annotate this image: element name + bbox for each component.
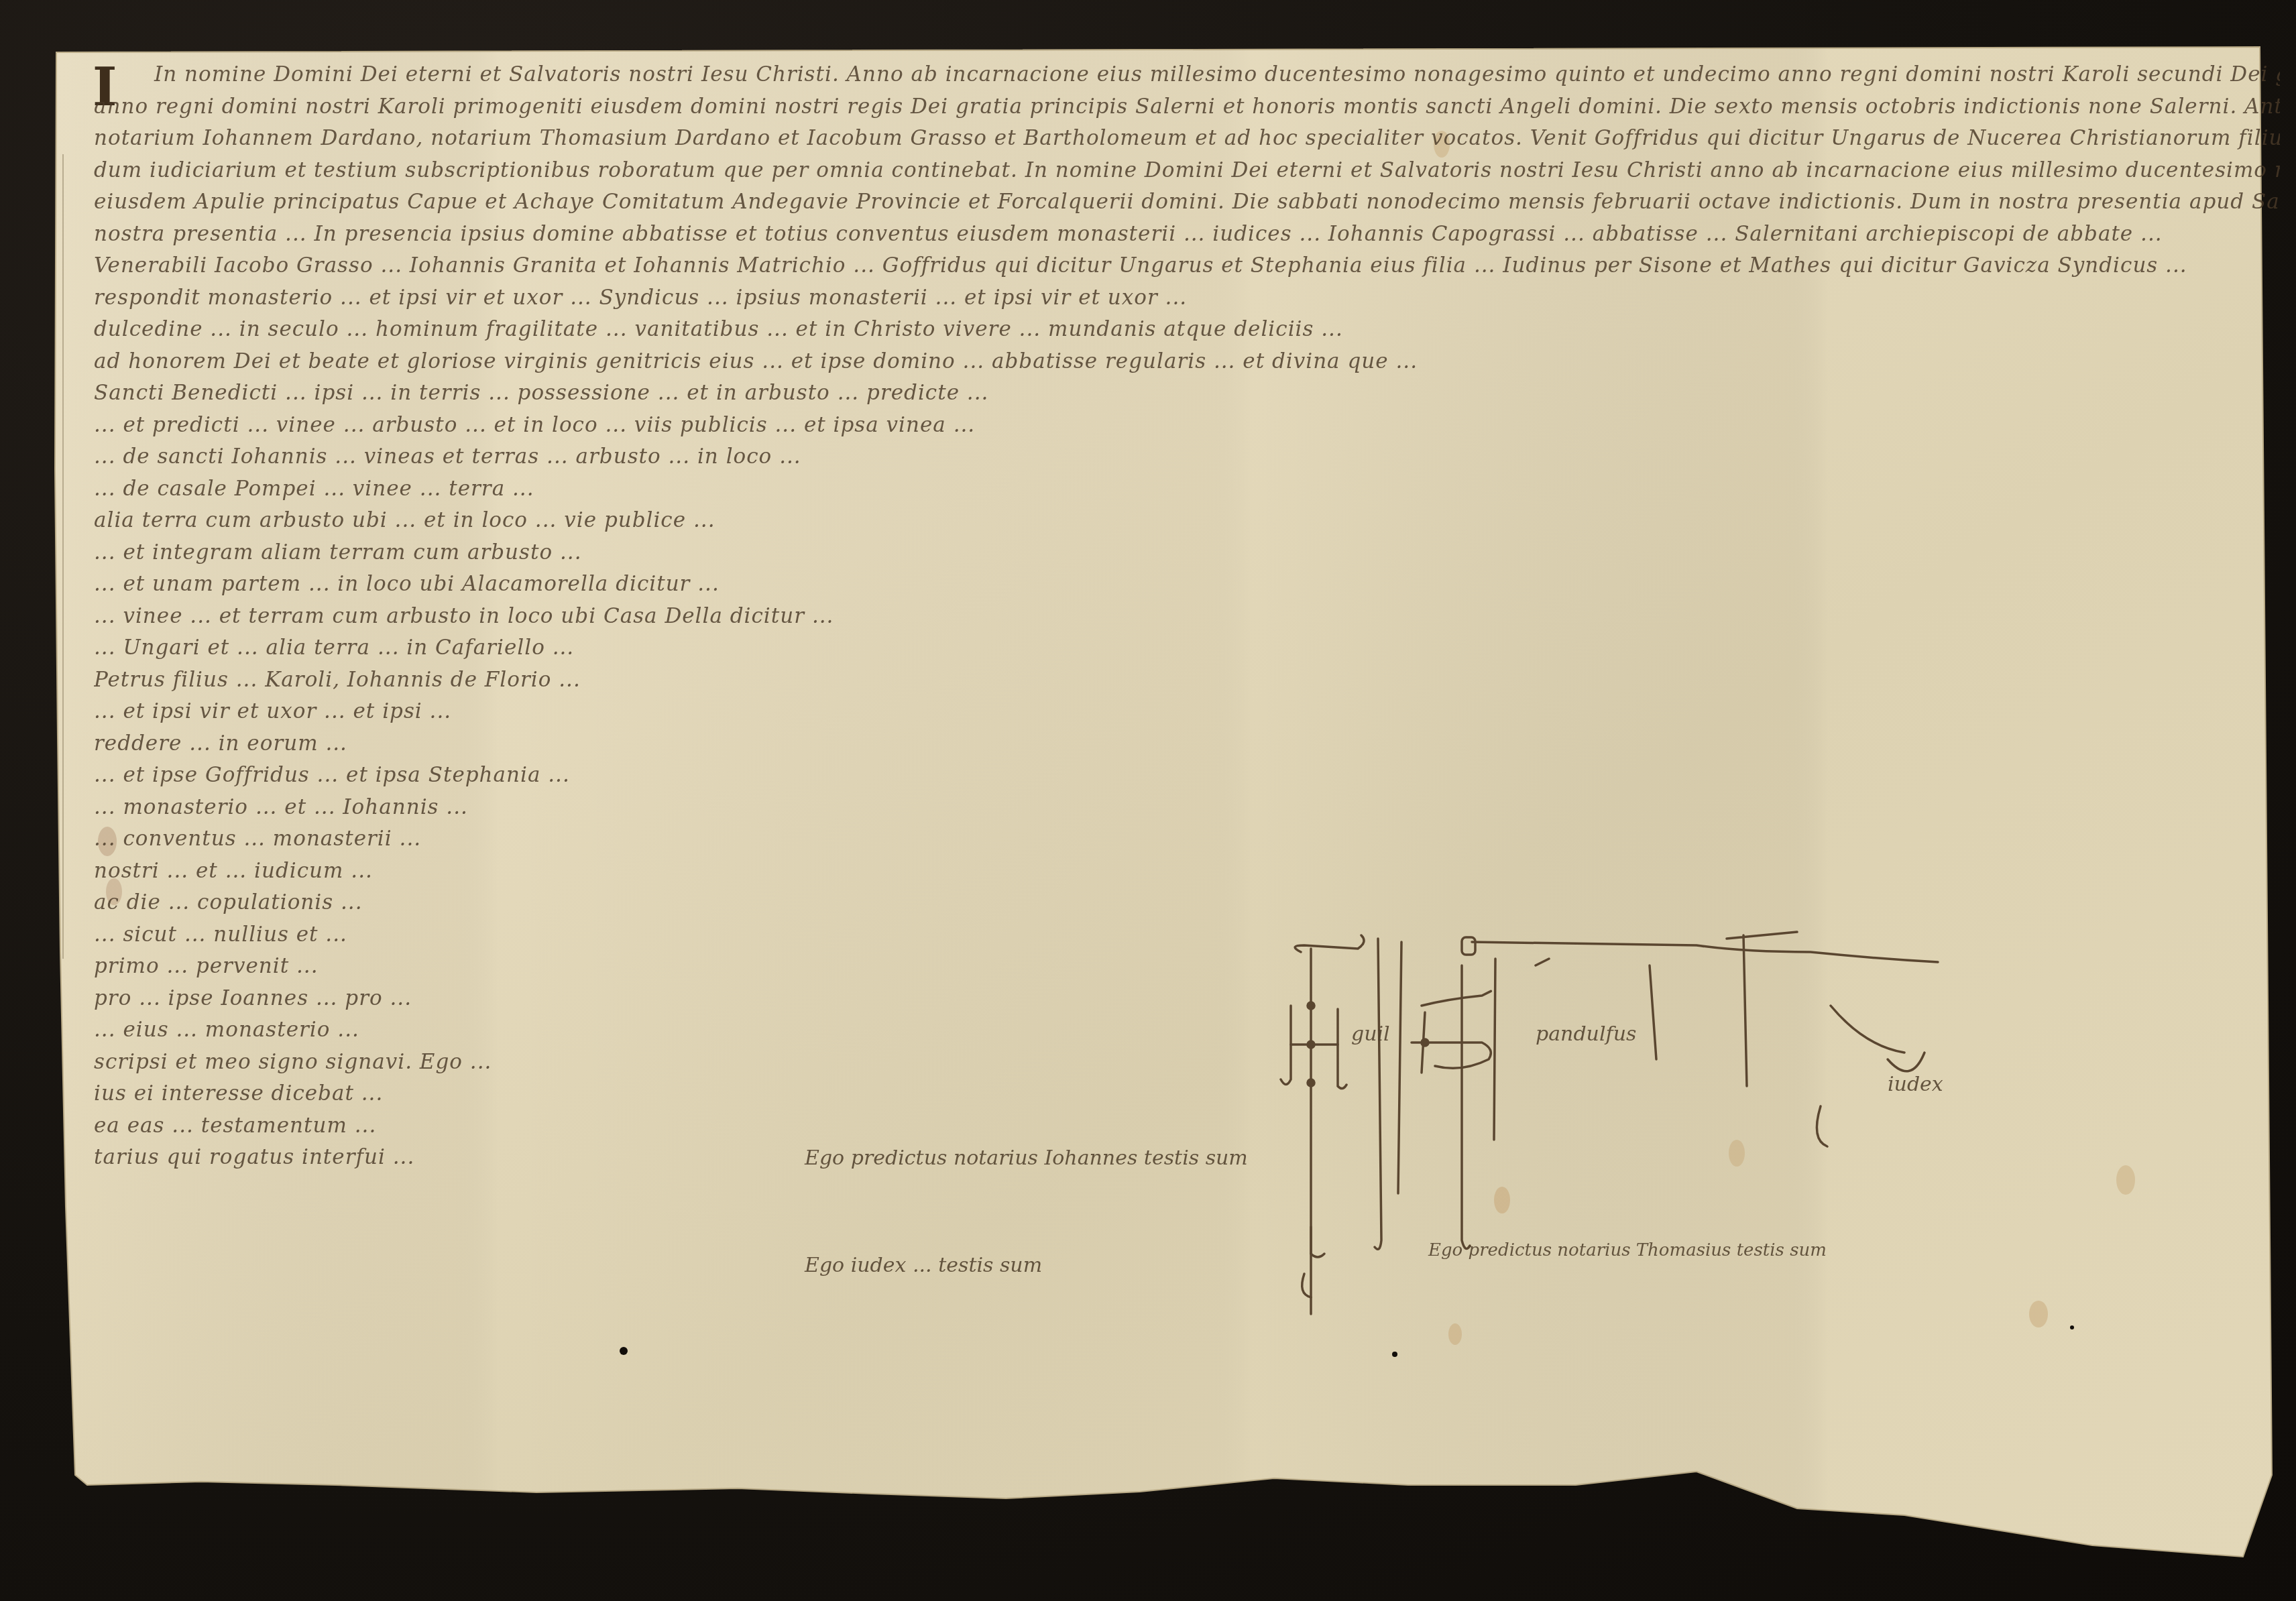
text-line: Venerabili Iacobo Grasso ... Iohannis Gr… <box>94 250 2280 282</box>
text-line: ... et unam partem ... in loco ubi Alaca… <box>94 569 2280 601</box>
text-line: anno regni domini nostri Karoli primogen… <box>94 91 2280 123</box>
text-line: Petrus filius ... Karoli, Iohannis de Fl… <box>94 664 2280 697</box>
text-line: ... conventus ... monasterii ... <box>94 823 2280 855</box>
text-line: ac die ... copulationis ... <box>94 887 2280 919</box>
text-line: notarium Iohannem Dardano, notarium Thom… <box>94 123 2280 155</box>
text-line: ... de casale Pompei ... vinee ... terra… <box>94 473 2280 506</box>
text-line: alia terra cum arbusto ubi ... et in loc… <box>94 505 2280 537</box>
signum-label: iudex <box>1888 1073 1943 1096</box>
text-line: ... et integram aliam terram cum arbusto… <box>94 537 2280 569</box>
text-line: ... et ipse Goffridus ... et ipsa Stepha… <box>94 760 2280 792</box>
witness-subscription: Ego predictus notarius Thomasius testis … <box>1428 1240 1827 1260</box>
text-line: primo ... pervenit ... <box>94 951 2280 983</box>
signum-label: pandulfus <box>1536 1022 1636 1046</box>
witness-subscription: Ego predictus notarius Iohannes testis s… <box>805 1146 1248 1170</box>
text-line: ... et ipsi vir et uxor ... et ipsi ... <box>94 696 2280 728</box>
text-line: ... vinee ... et terram cum arbusto in l… <box>94 601 2280 633</box>
witness-subscription: Ego iudex ... testis sum <box>805 1254 1042 1277</box>
text-line: respondit monasterio ... et ipsi vir et … <box>94 282 2280 314</box>
text-line: ad honorem Dei et beate et gloriose virg… <box>94 346 2280 378</box>
text-line: reddere ... in eorum ... <box>94 728 2280 760</box>
text-line: Sancti Benedicti ... ipsi ... in terris … <box>94 377 2280 410</box>
text-line: nostra presentia ... In presencia ipsius… <box>94 219 2280 251</box>
text-line: ... de sancti Iohannis ... vineas et ter… <box>94 441 2280 473</box>
text-line: ... Ungari et ... alia terra ... in Cafa… <box>94 632 2280 664</box>
text-line: scripsi et meo signo signavi. Ego ... <box>94 1047 2280 1079</box>
text-line: eiusdem Apulie principatus Capue et Acha… <box>94 186 2280 219</box>
text-line: ... sicut ... nullius et ... <box>94 919 2280 951</box>
text-line: nostri ... et ... iudicum ... <box>94 855 2280 888</box>
text-line: pro ... ipse Ioannes ... pro ... <box>94 983 2280 1015</box>
text-line: dulcedine ... in seculo ... hominum frag… <box>94 314 2280 346</box>
photo-stage: I In nomine Domini Dei eterni et Salvato… <box>0 0 2296 1601</box>
text-line: ... monasterio ... et ... Iohannis ... <box>94 792 2280 824</box>
charter-text: In nomine Domini Dei eterni et Salvatori… <box>94 59 2280 1174</box>
text-line: In nomine Domini Dei eterni et Salvatori… <box>94 59 2280 91</box>
signum-label: guil <box>1351 1022 1390 1046</box>
margin-ruling <box>62 154 64 959</box>
text-line: dum iudiciarium et testium subscriptioni… <box>94 155 2280 187</box>
text-line: ius ei interesse dicebat ... <box>94 1078 2280 1110</box>
text-line: ... eius ... monasterio ... <box>94 1014 2280 1047</box>
text-line: ... et predicti ... vinee ... arbusto ..… <box>94 410 2280 442</box>
text-line: ea eas ... testamentum ... <box>94 1110 2280 1142</box>
